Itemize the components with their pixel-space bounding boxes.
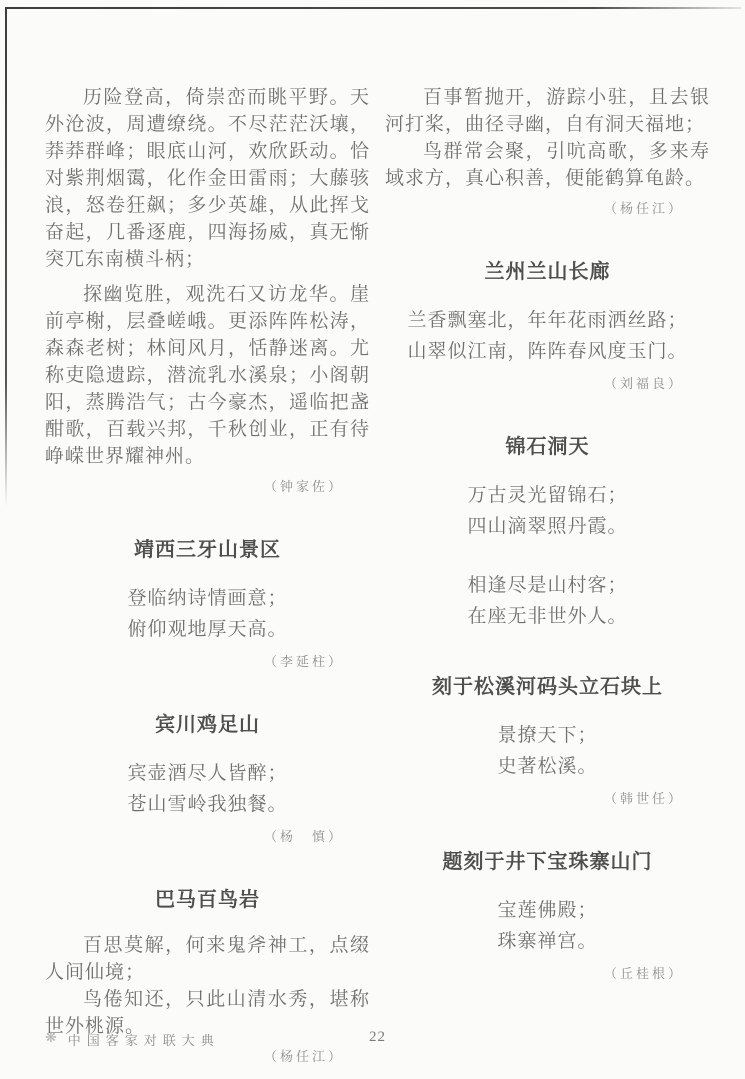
couplet-line: 在座无非世外人。	[467, 601, 627, 632]
couplet: 登临纳诗情画意； 俯仰观地厚天高。	[127, 583, 287, 645]
couplet-line: 珠寨禅宫。	[497, 926, 597, 957]
couplet: 宾壶酒尽人皆醉； 苍山雪岭我独餐。	[127, 758, 287, 820]
couplet: 万古灵光留锦石； 四山滴翠照丹霞。	[467, 480, 627, 542]
scan-artifact-top-edge	[6, 7, 741, 9]
author-attribution: （丘桂根）	[385, 963, 710, 982]
prose-paragraph: 历险登高，倚崇峦而眺平野。天外沧波，周遭缭绕。不尽茫茫沃壤，莽莽群峰；眼底山河，…	[45, 84, 370, 273]
author-attribution: （刘福良）	[385, 373, 710, 392]
right-column: 百事暂抛开，游踪小驻，且去银河打桨，曲径寻幽，自有洞天福地； 鸟群常会聚，引吭高…	[385, 84, 710, 1065]
couplet-line: 史著松溪。	[497, 751, 597, 782]
author-attribution: （杨 慎）	[45, 826, 370, 845]
author-attribution: （韩世任）	[385, 788, 710, 807]
couplet-line: 山翠似江南，阵阵春风度玉门。	[407, 336, 687, 367]
book-title: 中国客家对联大典	[68, 1030, 220, 1049]
author-attribution: （钟家佐）	[45, 476, 370, 495]
section-title: 巴马百鸟岩	[45, 883, 370, 912]
section-title: 宾川鸡足山	[45, 708, 370, 737]
section-title: 锦石洞天	[385, 430, 710, 459]
couplet-line: 俯仰观地厚天高。	[127, 614, 287, 645]
book-page: 历险登高，倚崇峦而眺平野。天外沧波，周遭缭绕。不尽茫茫沃壤，莽莽群峰；眼底山河，…	[0, 0, 745, 1079]
couplet: 相逢尽是山村客； 在座无非世外人。	[467, 570, 627, 632]
couplet-line: 相逢尽是山村客；	[467, 570, 627, 601]
couplet: 景撩天下； 史著松溪。	[497, 720, 597, 782]
left-column: 历险登高，倚崇峦而眺平野。天外沧波，周遭缭绕。不尽茫茫沃壤，莽莽群峰；眼底山河，…	[45, 84, 370, 1065]
section-title: 靖西三牙山景区	[45, 533, 370, 562]
section-title: 刻于松溪河码头立石块上	[385, 670, 710, 699]
scan-artifact-left-edge	[5, 7, 7, 507]
flower-dots-ornament-icon: ❋	[45, 1032, 57, 1046]
page-number: 22	[369, 1029, 386, 1046]
couplet-line: 景撩天下；	[497, 720, 597, 751]
couplet-line: 兰香飘塞北，年年花雨洒丝路；	[407, 305, 687, 336]
text-columns: 历险登高，倚崇峦而眺平野。天外沧波，周遭缭绕。不尽茫茫沃壤，莽莽群峰；眼底山河，…	[45, 84, 710, 1065]
couplet-line: 万古灵光留锦石；	[467, 480, 627, 511]
couplet: 兰香飘塞北，年年花雨洒丝路； 山翠似江南，阵阵春风度玉门。	[407, 305, 687, 367]
page-footer: ❋ 中国客家对联大典 22	[45, 1029, 710, 1049]
section-title: 兰州兰山长廊	[385, 255, 710, 284]
couplet-line: 四山滴翠照丹霞。	[467, 511, 627, 542]
couplet-line: 宾壶酒尽人皆醉；	[127, 758, 287, 789]
prose-paragraph: 百事暂抛开，游踪小驻，且去银河打桨，曲径寻幽，自有洞天福地；	[385, 84, 710, 138]
couplet-line: 登临纳诗情画意；	[127, 583, 287, 614]
couplet-line: 宝莲佛殿；	[497, 895, 597, 926]
couplet-line: 苍山雪岭我独餐。	[127, 789, 287, 820]
section-title: 题刻于井下宝珠寨山门	[385, 845, 710, 874]
prose-paragraph: 鸟群常会聚，引吭高歌，多来寿域求方，真心积善，便能鹤算龟龄。	[385, 138, 710, 192]
prose-paragraph: 探幽览胜，观洗石又访龙华。崖前亭榭，层叠嵯峨。更添阵阵松涛，森森老树；林间风月，…	[45, 281, 370, 470]
author-attribution: （李延柱）	[45, 651, 370, 670]
couplet: 宝莲佛殿； 珠寨禅宫。	[497, 895, 597, 957]
author-attribution: （杨任江）	[385, 198, 710, 217]
prose-paragraph: 百思莫解，何来鬼斧神工，点缀人间仙境；	[45, 932, 370, 986]
